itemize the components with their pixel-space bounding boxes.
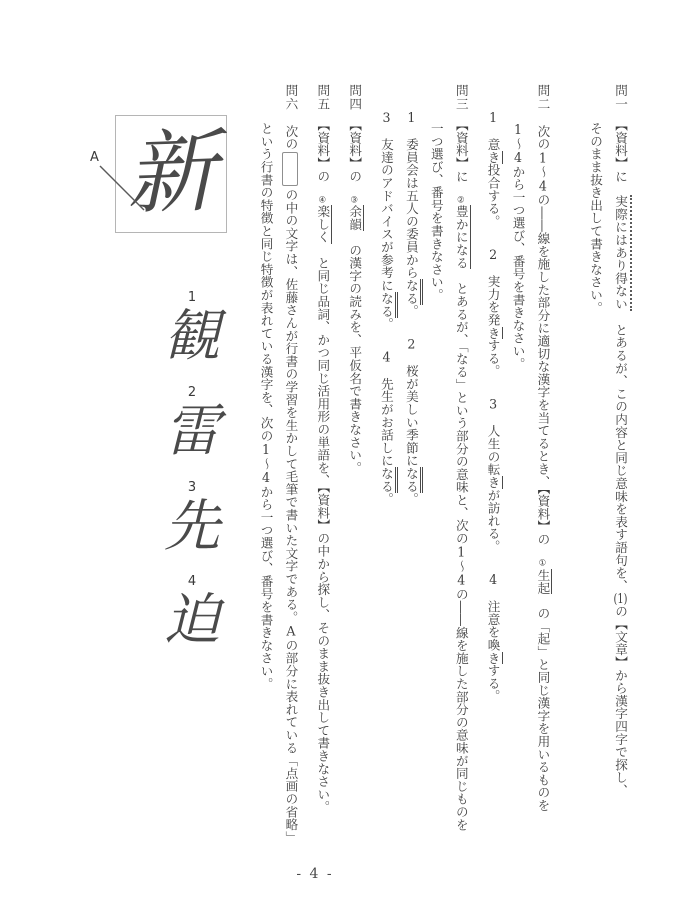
question-block: 問二 次の1〜4の――線を施した部分に適切な漢字を当てるとき、【資料】の ①生起… (480, 84, 555, 846)
sline-text: き (486, 327, 503, 340)
text-run: 実力を発 (486, 263, 501, 327)
circ-text: ② (456, 195, 466, 205)
up-text: 3 (379, 110, 394, 125)
text-run: 【資料】の (315, 125, 330, 196)
question-line: 一つ選び、番号を書きなさい。 (423, 84, 448, 846)
text-run: 意 (486, 126, 501, 152)
question-line: 問六 次のの中の文字は、佐藤さんが行書の学習を生かして毛筆で書いた文字である。A… (278, 84, 303, 846)
text-run: 。 (379, 493, 394, 506)
dline-text: なる (379, 292, 398, 318)
text-run: そのまま抜き出して書きなさい。 (588, 122, 603, 314)
question-line: 問三 【資料】に ②豊かになる とあるが、「なる」という部分の意味と、次の1〜4… (448, 84, 473, 846)
up-text: 1〜4 (454, 545, 469, 588)
question-label: 問二 (535, 84, 550, 125)
text-run: とあるが、「なる」という部分の意味と、次の (454, 269, 469, 544)
question-label: 問六 (283, 84, 298, 125)
question-block: 問五 【資料】の ④楽しく と同じ品詞、かつ同じ活用形の単語を、【資料】の中から… (309, 84, 334, 846)
question-line: という行書の特徴と同じ特徴が表れている漢字を、次の1〜4から一つ選び、番号を書き… (253, 84, 278, 846)
choice-character: 雷 (148, 403, 236, 462)
up-text: 4 (379, 350, 394, 365)
text-run: の中の文字は、佐藤さんが行書の学習を生かして毛筆で書いた文字である。 (283, 188, 298, 623)
circ-text: ④ (317, 195, 327, 205)
label-a: A (90, 150, 99, 165)
text-run: の「起」と同じ漢字を用いるものを (535, 594, 550, 812)
up-text: A (283, 624, 298, 639)
up-text: 3 (486, 397, 501, 412)
circ-text: ① (537, 559, 547, 569)
question-label: 問四 (347, 84, 362, 125)
choice-character: 迫 (148, 592, 236, 651)
sline-text: 余韻 (347, 205, 364, 231)
question-options-line: 1 意き投合する。 2 実力を発きする。 3 人生の転きが訪れる。 4 注意を喚… (480, 84, 505, 846)
up-text: 1〜4 (535, 150, 550, 193)
text-run: 次の (535, 125, 550, 151)
text-run: 委員会は五人の委員から (404, 126, 419, 280)
dline-text: なる (404, 467, 423, 493)
text-run: 【資料】に (613, 125, 628, 196)
question-label: 問五 (315, 84, 330, 125)
dline-text: なる (404, 279, 423, 305)
question-block: 問四 【資料】の ③余韻 の漢字の読みを、平仮名で書きなさい。 (341, 84, 366, 846)
question-label: 問一 (613, 84, 628, 125)
question-options-line: 3 友達のアドバイスが参考になる。 4 先生がお話しになる。 (373, 84, 398, 846)
sline-text: 生起 (535, 569, 552, 595)
kanji-choice: 2雷 (148, 385, 236, 462)
tcy-text: (1) (613, 592, 628, 605)
kanji-choice: 1観 (148, 290, 236, 367)
text-run: から一つ選び、番号を書きなさい。 (511, 165, 526, 370)
text-run: という行書の特徴と同じ特徴が表れている漢字を、次の (259, 122, 274, 442)
text-run: 投合する。 (486, 164, 501, 247)
text-run: の漢字の読みを、平仮名で書きなさい。 (347, 231, 362, 474)
text-run: 。 (404, 305, 419, 337)
text-run: 注意を喚 (486, 588, 501, 652)
text-run: と同じ品詞、かつ同じ活用形の単語を、【資料】の中から探し、そのまま抜き出して書き… (315, 244, 330, 814)
question-block: 問六 次のの中の文字は、佐藤さんが行書の学習を生かして毛筆で書いた文字である。A… (253, 84, 303, 846)
text-run: とあるが、この内容と同じ意味を表す語句を、 (613, 311, 628, 593)
up-text: 4 (486, 572, 501, 587)
up-text: 2 (486, 247, 501, 262)
text-run: する。 (486, 664, 501, 702)
sline-text: き (486, 151, 503, 164)
dline-text: なる (379, 467, 398, 493)
kanji-choice: 4迫 (148, 574, 236, 651)
text-run: 次の (283, 125, 298, 151)
text-run: の部分に表れている「点画の省略」 (283, 639, 298, 844)
kanji-choices: 1観2雷3先4迫 (148, 290, 236, 669)
choice-character: 先 (148, 498, 236, 557)
text-run: 桜が美しい季節に (404, 352, 419, 467)
text-run: 【資料】の (347, 125, 362, 196)
text-run: 友達のアドバイスが参考に (379, 126, 394, 292)
choice-number: 1 (148, 290, 236, 305)
text-run: の――線を施した部分に適切な漢字を当てるとき、【資料】の (535, 194, 550, 559)
text-run: 人生の転 (486, 412, 501, 476)
text-run: 。 (404, 493, 419, 506)
box-reference-icon (282, 152, 298, 186)
up-text: 1〜4 (511, 122, 526, 165)
text-run: 【資料】に (454, 125, 469, 196)
sline-text: 豊かになる (454, 205, 471, 269)
choice-character: 観 (148, 308, 236, 367)
kanji-choice: 3先 (148, 480, 236, 557)
text-run: する。 (486, 339, 501, 397)
up-text: 1〜4 (259, 442, 274, 485)
question-line: 1〜4から一つ選び、番号を書きなさい。 (505, 84, 530, 846)
question-line: 問五 【資料】の ④楽しく と同じ品詞、かつ同じ活用形の単語を、【資料】の中から… (309, 84, 334, 846)
text-run: 一つ選び、番号を書きなさい。 (429, 122, 444, 301)
circ-text: ③ (349, 195, 359, 205)
question-line: 問二 次の1〜4の――線を施した部分に適切な漢字を当てるとき、【資料】の ①生起… (530, 84, 555, 846)
choice-number: 2 (148, 385, 236, 400)
text-run: 。 (379, 318, 394, 350)
exam-page: 問一 【資料】に 実際にはあり得ない とあるが、この内容と同じ意味を表す語句を、… (0, 0, 680, 906)
up-text: 1 (486, 110, 501, 125)
question-block: 問三 【資料】に ②豊かになる とあるが、「なる」という部分の意味と、次の1〜4… (373, 84, 473, 846)
question-label: 問三 (454, 84, 469, 125)
page-number: - 4 - (255, 866, 375, 882)
wavy-text: 実際にはあり得ない (613, 195, 632, 310)
question-line: 問一 【資料】に 実際にはあり得ない とあるが、この内容と同じ意味を表す語句を、… (607, 84, 632, 846)
question-line: そのまま抜き出して書きなさい。 (582, 84, 607, 846)
choice-number: 4 (148, 574, 236, 589)
questions: 問一 【資料】に 実際にはあり得ない とあるが、この内容と同じ意味を表す語句を、… (246, 84, 632, 846)
question-options-line: 1 委員会は五人の委員からなる。 2 桜が美しい季節になる。 (398, 84, 423, 846)
question-block: 問一 【資料】に 実際にはあり得ない とあるが、この内容と同じ意味を表す語句を、… (582, 84, 632, 846)
up-text: 2 (404, 337, 419, 352)
up-text: 1 (404, 110, 419, 125)
text-run: の――線を施した部分の意味が同じものを (454, 588, 469, 831)
text-run: が訪れる。 (486, 489, 501, 572)
sline-text: き (486, 476, 503, 489)
text-run: 先生がお話しに (379, 365, 394, 467)
sline-text: 楽しく (315, 205, 332, 243)
question-line: 問四 【資料】の ③余韻 の漢字の読みを、平仮名で書きなさい。 (341, 84, 366, 846)
choice-number: 3 (148, 480, 236, 495)
sline-text: き (486, 652, 503, 665)
text-run: から一つ選び、番号を書きなさい。 (259, 485, 274, 690)
text-run: の【文章】から漢字四字で探し、 (613, 605, 628, 797)
